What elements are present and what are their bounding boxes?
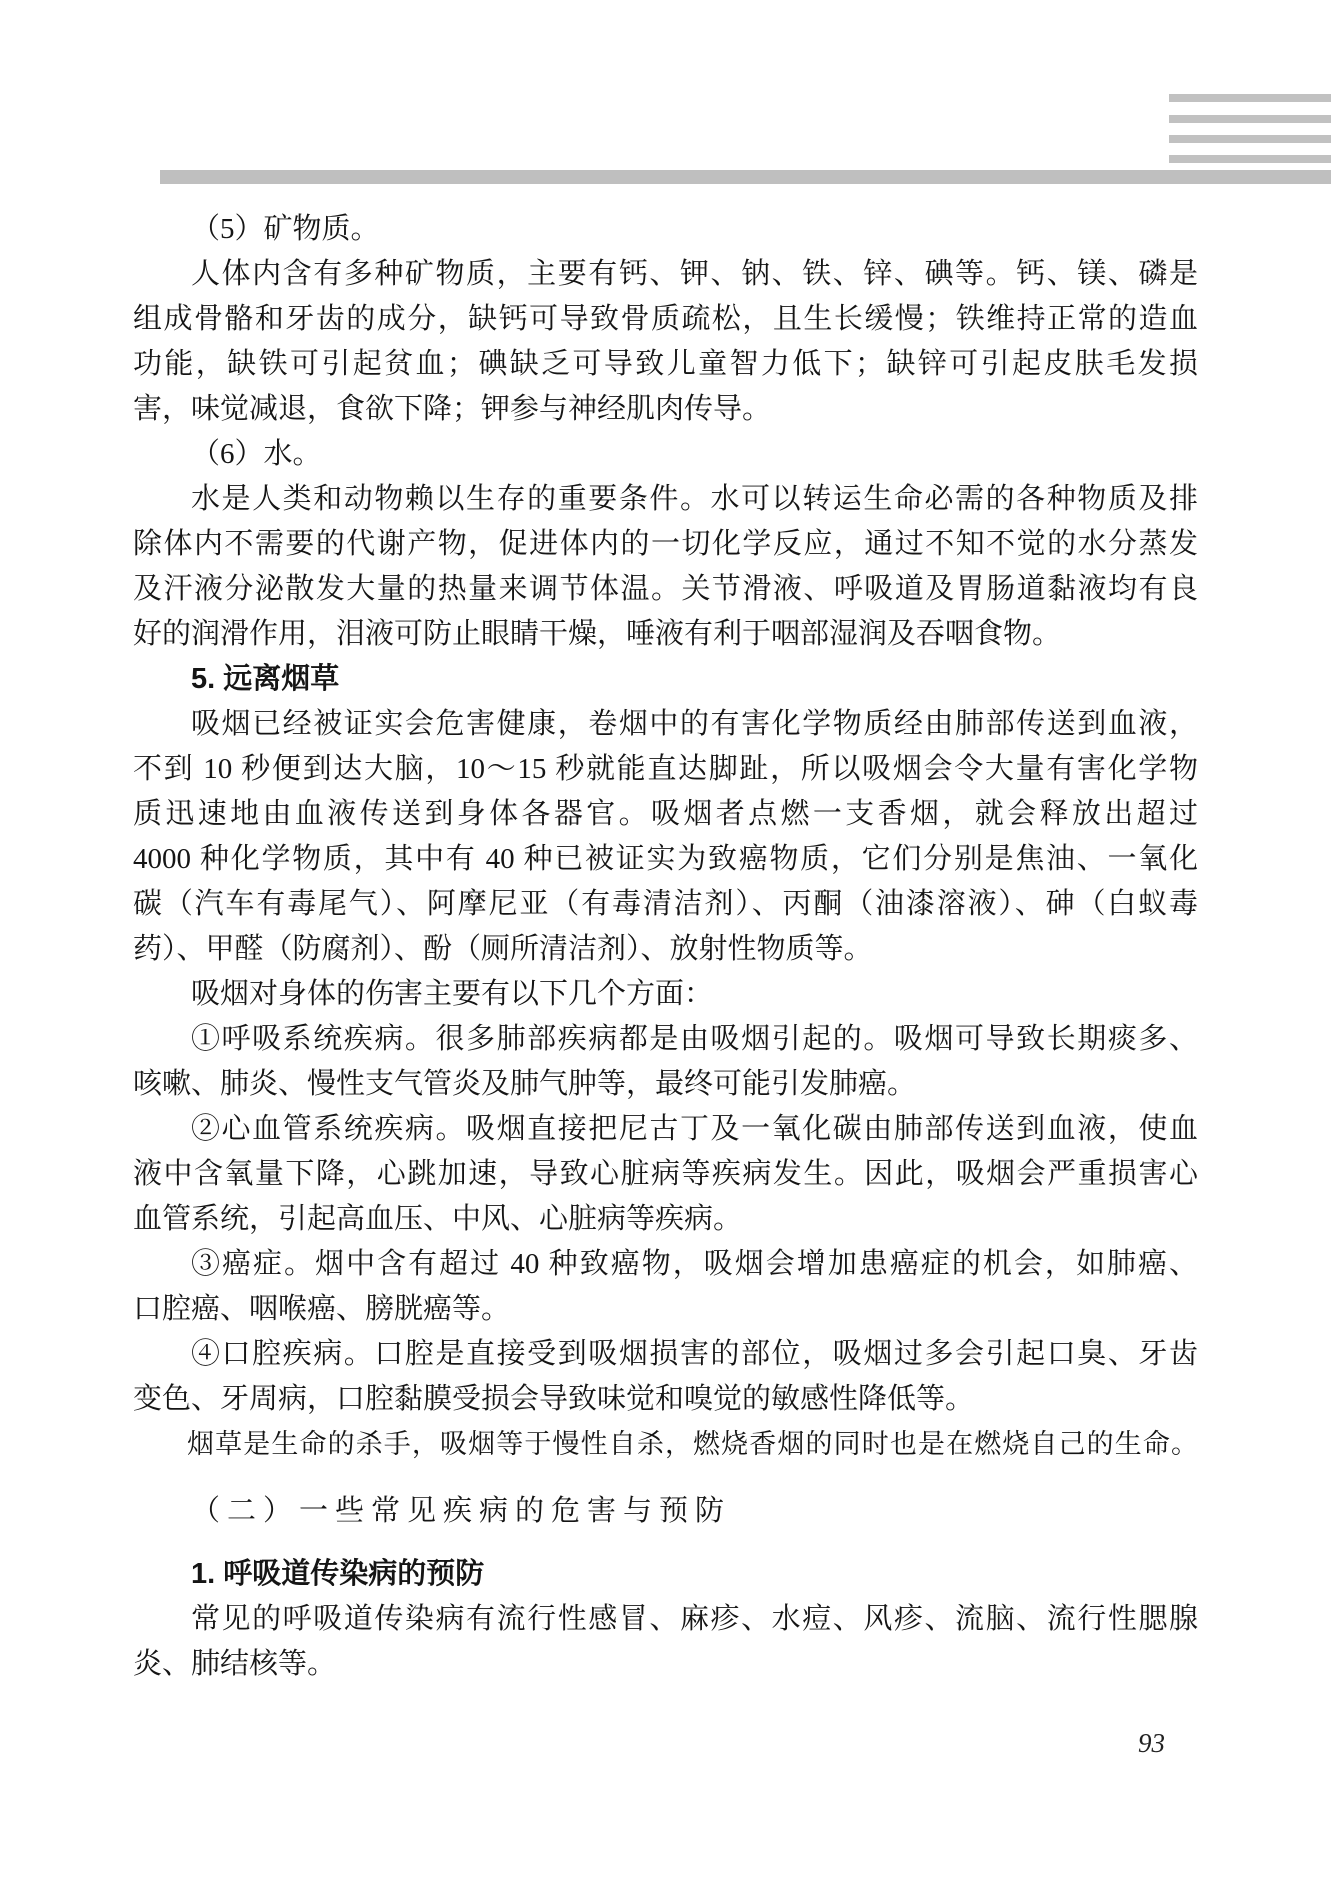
text-line: 口腔癌、咽喉癌、膀胱癌等。: [133, 1287, 1198, 1332]
text-line: 不到 10 秒便到达大脑，10～15 秒就能直达脚趾，所以吸烟会令大量有害化学物: [133, 747, 1198, 792]
text-line: 及汗液分泌散发大量的热量来调节体温。关节滑液、呼吸道及胃肠道黏液均有良: [133, 567, 1198, 612]
text-line: ②心血管系统疾病。吸烟直接把尼古丁及一氧化碳由肺部传送到血液，使血: [133, 1107, 1198, 1152]
subitem-minerals: （5）矿物质。: [133, 207, 1198, 252]
text-line: 害，味觉减退，食欲下降；钾参与神经肌肉传导。: [133, 387, 1198, 432]
text-line: ③癌症。烟中含有超过 40 种致癌物，吸烟会增加患癌症的机会，如肺癌、: [133, 1242, 1198, 1287]
section-heading-common-diseases-prevention: （二）一些常见疾病的危害与预防: [133, 1489, 1198, 1534]
text-line: 变色、牙周病，口腔黏膜受损会导致味觉和嗅觉的敏感性降低等。: [133, 1377, 1198, 1422]
deco-stripe-icon: [1169, 135, 1331, 143]
deco-stripe-icon: [1169, 155, 1331, 163]
text-line: 人体内含有多种矿物质，主要有钙、钾、钠、铁、锌、碘等。钙、镁、磷是: [133, 252, 1198, 297]
text-line: 常见的呼吸道传染病有流行性感冒、麻疹、水痘、风疹、流脑、流行性腮腺: [133, 1597, 1198, 1642]
text-line: 咳嗽、肺炎、慢性支气管炎及肺气肿等，最终可能引发肺癌。: [133, 1062, 1198, 1107]
text-line: 药）、甲醛（防腐剂）、酚（厕所清洁剂）、放射性物质等。: [133, 927, 1198, 972]
subitem-water: （6）水。: [133, 432, 1198, 477]
text-line: 除体内不需要的代谢产物，促进体内的一切化学反应，通过不知不觉的水分蒸发: [133, 522, 1198, 567]
text-line: 烟草是生命的杀手，吸烟等于慢性自杀，燃烧香烟的同时也是在燃烧自己的生命。: [133, 1422, 1198, 1467]
header-rule-band: [160, 170, 1331, 184]
text-line: 水是人类和动物赖以生存的重要条件。水可以转运生命必需的各种物质及排: [133, 477, 1198, 522]
document-page: { "page": { "number": "93", "background"…: [0, 0, 1331, 1884]
text-line: 血管系统，引起高血压、中风、心脏病等疾病。: [133, 1197, 1198, 1242]
text-line: 碳（汽车有毒尾气）、阿摩尼亚（有毒清洁剂）、丙酮（油漆溶液）、砷（白蚁毒: [133, 882, 1198, 927]
text-line: 吸烟已经被证实会危害健康，卷烟中的有害化学物质经由肺部传送到血液，: [133, 702, 1198, 747]
text-line: 质迅速地由血液传送到身体各器官。吸烟者点燃一支香烟，就会释放出超过: [133, 792, 1198, 837]
text-line: 组成骨骼和牙齿的成分，缺钙可导致骨质疏松，且生长缓慢；铁维持正常的造血: [133, 297, 1198, 342]
heading-stay-away-from-tobacco: 5. 远离烟草: [133, 657, 1198, 702]
text-line: 液中含氧量下降，心跳加速，导致心脏病等疾病发生。因此，吸烟会严重损害心: [133, 1152, 1198, 1197]
text-line: 功能，缺铁可引起贫血；碘缺乏可导致儿童智力低下；缺锌可引起皮肤毛发损: [133, 342, 1198, 387]
text-line: 4000 种化学物质，其中有 40 种已被证实为致癌物质，它们分别是焦油、一氧化: [133, 837, 1198, 882]
text-line: ①呼吸系统疾病。很多肺部疾病都是由吸烟引起的。吸烟可导致长期痰多、: [133, 1017, 1198, 1062]
text-line: ④口腔疾病。口腔是直接受到吸烟损害的部位，吸烟过多会引起口臭、牙齿: [133, 1332, 1198, 1377]
deco-stripe-icon: [1169, 115, 1331, 123]
page-body-text: （5）矿物质。 人体内含有多种矿物质，主要有钙、钾、钠、铁、锌、碘等。钙、镁、磷…: [133, 207, 1198, 1687]
text-line: 炎、肺结核等。: [133, 1642, 1198, 1687]
text-line: 好的润滑作用，泪液可防止眼睛干燥，唾液有利于咽部湿润及吞咽食物。: [133, 612, 1198, 657]
heading-respiratory-infectious-disease-prevention: 1. 呼吸道传染病的预防: [133, 1552, 1198, 1597]
text-line: 吸烟对身体的伤害主要有以下几个方面：: [133, 972, 1198, 1017]
page-number: 93: [1138, 1728, 1165, 1759]
deco-stripe-icon: [1169, 94, 1331, 102]
